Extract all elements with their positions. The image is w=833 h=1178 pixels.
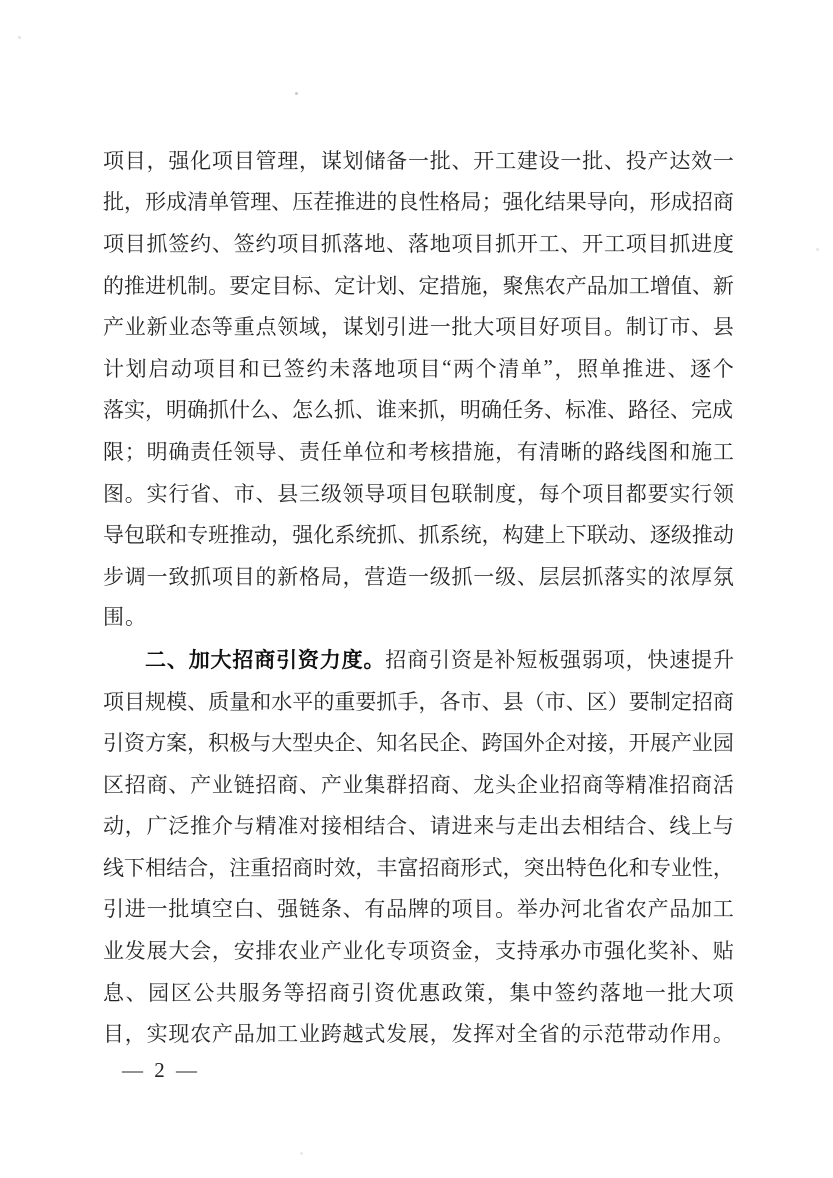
body-char: 园 bbox=[713, 727, 734, 757]
body-char: 务 bbox=[523, 394, 544, 424]
body-char: 抓 bbox=[376, 519, 397, 549]
body-char: 、 bbox=[670, 394, 691, 424]
body-char: 发 bbox=[125, 935, 146, 965]
body-char: 度 bbox=[713, 228, 734, 258]
body-char: 、 bbox=[452, 769, 473, 799]
body-char: 实 bbox=[669, 478, 690, 508]
heading-char: 度 bbox=[342, 644, 363, 674]
body-char: 对 bbox=[495, 1018, 516, 1048]
body-char: 惠 bbox=[419, 977, 440, 1007]
body-char: 规 bbox=[145, 686, 166, 716]
body-char: 、 bbox=[187, 686, 208, 716]
body-char: 的 bbox=[582, 436, 603, 466]
body-char: 进 bbox=[691, 228, 712, 258]
body-char: 产 bbox=[648, 145, 669, 175]
body-char: 级 bbox=[430, 561, 451, 591]
body-char: 导 bbox=[364, 478, 385, 508]
scan-speck bbox=[295, 92, 298, 95]
body-char: 富 bbox=[397, 852, 418, 882]
body-char: 化 bbox=[313, 519, 334, 549]
body-char: ， bbox=[418, 686, 439, 716]
body-char: 白 bbox=[234, 893, 255, 923]
body-char: 围 bbox=[103, 605, 125, 629]
body-char: 准 bbox=[586, 394, 607, 424]
body-char: 统 bbox=[355, 519, 376, 549]
body-char: 对 bbox=[299, 810, 320, 840]
paragraph-2-line: 引资方案，积极与大型央企、知名民企、跨国外企对接，开展产业园 bbox=[103, 721, 734, 763]
body-char: 龙 bbox=[473, 769, 494, 799]
body-char: 投 bbox=[626, 145, 647, 175]
body-char: 招 bbox=[692, 686, 713, 716]
body-char: 等 bbox=[284, 977, 305, 1007]
body-char: 任 bbox=[321, 436, 342, 466]
paragraph-1-line: 批，形成清单管理、压茬推进的良性格局；强化结果导向，形成招商 bbox=[103, 181, 734, 223]
body-char: 牌 bbox=[408, 893, 429, 923]
body-char: 一 bbox=[147, 561, 168, 591]
body-char: 加 bbox=[691, 893, 712, 923]
body-char: 动 bbox=[648, 1018, 669, 1048]
body-char: 批 bbox=[582, 145, 603, 175]
body-char: 特 bbox=[566, 852, 587, 882]
body-char: 目 bbox=[103, 1018, 124, 1048]
body-char: 氛 bbox=[713, 561, 734, 591]
body-char: 进 bbox=[145, 270, 166, 300]
body-char: 聚 bbox=[503, 270, 524, 300]
body-char: 工 bbox=[539, 228, 560, 258]
body-char: ， bbox=[299, 145, 320, 175]
body-char: ， bbox=[212, 935, 233, 965]
body-char: 央 bbox=[313, 727, 334, 757]
body-char: 领 bbox=[277, 311, 298, 341]
body-char: 形 bbox=[145, 186, 166, 216]
body-char: 位 bbox=[364, 436, 385, 466]
body-char: 省 bbox=[190, 478, 211, 508]
body-char: 开 bbox=[629, 727, 650, 757]
body-char: 强 bbox=[503, 186, 524, 216]
body-char: 农 bbox=[277, 935, 298, 965]
body-char: 理 bbox=[250, 186, 271, 216]
body-char: 区 bbox=[171, 977, 192, 1007]
body-char: 抓 bbox=[190, 561, 211, 591]
body-char: 签 bbox=[234, 228, 255, 258]
body-char: 制 bbox=[626, 311, 647, 341]
body-char: 推 bbox=[229, 519, 250, 549]
body-char: ， bbox=[125, 1018, 146, 1048]
paragraph-2-line: 业发展大会，安排农业产业化专项资金，支持承办市强化奖补、贴 bbox=[103, 929, 734, 971]
body-char: 弱 bbox=[582, 644, 603, 674]
body-char: 资 bbox=[374, 977, 395, 1007]
body-char: 动 bbox=[713, 519, 734, 549]
body-char: 市 bbox=[582, 935, 603, 965]
body-char: 抓 bbox=[452, 561, 473, 591]
body-char: 引 bbox=[103, 893, 124, 923]
body-char: 模 bbox=[166, 686, 187, 716]
body-char: 未 bbox=[329, 353, 350, 383]
body-char: 系 bbox=[440, 519, 461, 549]
body-char: 工 bbox=[277, 1018, 298, 1048]
body-char: 品 bbox=[587, 270, 608, 300]
body-char: 中 bbox=[532, 977, 553, 1007]
body-char: 填 bbox=[190, 893, 211, 923]
body-char: 进 bbox=[125, 893, 146, 923]
body-char: 形 bbox=[650, 186, 671, 216]
body-char: 业 bbox=[692, 727, 713, 757]
body-char: 管 bbox=[229, 186, 250, 216]
body-char: 联 bbox=[452, 478, 473, 508]
body-char: 优 bbox=[397, 977, 418, 1007]
body-char: 商 bbox=[329, 977, 350, 1007]
body-char: 怎 bbox=[292, 394, 313, 424]
body-char: 性 bbox=[692, 852, 713, 882]
body-char: 、 bbox=[271, 186, 292, 216]
body-char: 补 bbox=[669, 935, 690, 965]
body-char: 强 bbox=[560, 644, 581, 674]
body-char: 层 bbox=[539, 561, 560, 591]
body-char: 、 bbox=[212, 478, 233, 508]
body-char: 精 bbox=[626, 769, 647, 799]
body-char: 成 bbox=[166, 186, 187, 216]
body-char: 商 bbox=[582, 769, 603, 799]
body-char: 管 bbox=[255, 145, 276, 175]
body-char: ， bbox=[482, 270, 503, 300]
body-char: 、 bbox=[691, 311, 712, 341]
body-char: 突 bbox=[524, 852, 545, 882]
body-char: 线 bbox=[103, 852, 124, 882]
body-char: 引 bbox=[386, 311, 407, 341]
body-char: 招 bbox=[271, 852, 292, 882]
body-char: 导 bbox=[103, 519, 124, 549]
body-char: 图 bbox=[103, 478, 124, 508]
body-char: 新 bbox=[277, 561, 298, 591]
body-char: 走 bbox=[517, 810, 538, 840]
body-char: 相 bbox=[343, 810, 364, 840]
body-char: 项 bbox=[560, 311, 581, 341]
body-char: 划 bbox=[376, 270, 397, 300]
body-char: 引 bbox=[351, 977, 372, 1007]
body-char: 准 bbox=[648, 769, 669, 799]
body-char: 良 bbox=[397, 186, 418, 216]
body-char: 、 bbox=[607, 394, 628, 424]
body-char: 案 bbox=[166, 727, 187, 757]
body-char: 业 bbox=[168, 311, 189, 341]
body-char: 批 bbox=[667, 977, 688, 1007]
body-char: 服 bbox=[238, 977, 259, 1007]
body-char: 建 bbox=[517, 145, 538, 175]
body-char: 升 bbox=[713, 644, 734, 674]
body-char: 县 bbox=[503, 686, 524, 716]
body-char: 明 bbox=[166, 394, 187, 424]
body-char: 工 bbox=[713, 436, 734, 466]
body-char: ， bbox=[271, 519, 292, 549]
paragraph-2-line: 息、园区公共服务等招商引资优惠政策，集中签约落地一批大项 bbox=[103, 971, 734, 1013]
body-char: 责 bbox=[190, 436, 211, 466]
body-char: 越 bbox=[343, 1018, 364, 1048]
body-char: 行 bbox=[168, 478, 189, 508]
body-char: 专 bbox=[650, 852, 671, 882]
body-char: 抓 bbox=[582, 561, 603, 591]
body-char: 项 bbox=[277, 228, 298, 258]
body-char: 、 bbox=[648, 810, 669, 840]
body-char: 进 bbox=[452, 810, 473, 840]
body-char: 会 bbox=[190, 935, 211, 965]
body-char: 业 bbox=[299, 1018, 320, 1048]
body-char: 安 bbox=[234, 935, 255, 965]
body-char: 一 bbox=[430, 311, 451, 341]
body-char: 个 bbox=[476, 353, 497, 383]
heading-char: 加 bbox=[189, 644, 210, 674]
body-char: 、 bbox=[560, 228, 581, 258]
paragraph-2-line: 动，广泛推介与精准对接相结合、请进来与走出去相结合、线上与 bbox=[103, 805, 734, 847]
body-char: 抓 bbox=[321, 228, 342, 258]
body-char: 政 bbox=[442, 977, 463, 1007]
body-char: 、 bbox=[517, 561, 538, 591]
heading-char: 、 bbox=[167, 644, 188, 674]
body-char: 强 bbox=[168, 145, 189, 175]
body-char: 结 bbox=[604, 810, 625, 840]
body-char: 对 bbox=[566, 727, 587, 757]
body-char: 接 bbox=[321, 810, 342, 840]
body-char: 、 bbox=[668, 353, 689, 383]
body-char: 目 bbox=[420, 353, 441, 383]
body-char: 抓 bbox=[418, 394, 439, 424]
body-char: 目 bbox=[124, 686, 145, 716]
body-char: 、 bbox=[604, 145, 625, 175]
body-char: 要 bbox=[229, 270, 250, 300]
body-char: 么 bbox=[250, 394, 271, 424]
body-char: 重 bbox=[334, 686, 355, 716]
body-char: 批 bbox=[430, 145, 451, 175]
body-char: 点 bbox=[255, 311, 276, 341]
body-char: 性 bbox=[418, 186, 439, 216]
body-char: 成 bbox=[712, 394, 733, 424]
body-char: 项 bbox=[212, 145, 233, 175]
body-char: 市 bbox=[234, 478, 255, 508]
body-char: ， bbox=[187, 727, 208, 757]
paragraph-1-line: 项目抓签约、签约项目抓落地、落地项目抓开工、开工项目抓进度 bbox=[103, 222, 734, 264]
body-char: 区 bbox=[103, 769, 124, 799]
body-char: 、 bbox=[482, 686, 503, 716]
paragraph-1-line: 落实，明确抓什么、怎么抓、谁来抓，明确任务、标准、路径、完成时 bbox=[103, 389, 734, 431]
body-char: 限 bbox=[103, 436, 124, 466]
body-char: 单 bbox=[343, 436, 364, 466]
body-char: 机 bbox=[166, 270, 187, 300]
body-char: 级 bbox=[495, 561, 516, 591]
body-char: 新 bbox=[147, 311, 168, 341]
body-char: 大 bbox=[271, 727, 292, 757]
body-char: 合 bbox=[626, 810, 647, 840]
body-char: 时 bbox=[313, 852, 334, 882]
body-char: 已 bbox=[261, 353, 282, 383]
body-char: 带 bbox=[626, 1018, 647, 1048]
body-char: 商 bbox=[292, 852, 313, 882]
body-char: 目 bbox=[234, 145, 255, 175]
body-char: 去 bbox=[560, 810, 581, 840]
body-char: 要 bbox=[355, 686, 376, 716]
body-char: 务 bbox=[261, 977, 282, 1007]
body-char: 动 bbox=[250, 519, 271, 549]
paragraph-1-line: 限；明确责任领导、责任单位和考核措施，有清晰的路线图和施工 bbox=[103, 430, 734, 472]
body-char: 出 bbox=[539, 810, 560, 840]
body-char: 跨 bbox=[482, 727, 503, 757]
body-char: 发 bbox=[386, 1018, 407, 1048]
body-char: 推 bbox=[190, 810, 211, 840]
page-number: — 2 — bbox=[122, 1056, 200, 1084]
body-char: 链 bbox=[299, 893, 320, 923]
body-char: 增 bbox=[650, 270, 671, 300]
body-char: 措 bbox=[440, 270, 461, 300]
body-char: 业 bbox=[343, 935, 364, 965]
body-char: 办 bbox=[560, 935, 581, 965]
body-char: 出 bbox=[545, 852, 566, 882]
body-char: 范 bbox=[604, 1018, 625, 1048]
body-char: 化 bbox=[626, 935, 647, 965]
body-char: 定 bbox=[250, 270, 271, 300]
body-char: 产 bbox=[566, 270, 587, 300]
body-char: 目 bbox=[271, 270, 292, 300]
body-char: 谋 bbox=[321, 145, 342, 175]
body-char: 展 bbox=[147, 935, 168, 965]
body-char: 项 bbox=[397, 353, 418, 383]
body-char: 的 bbox=[376, 186, 397, 216]
body-char: 与 bbox=[234, 810, 255, 840]
body-char: 泛 bbox=[168, 810, 189, 840]
body-char: 照 bbox=[577, 353, 598, 383]
body-char: 产 bbox=[103, 311, 124, 341]
body-char: 市 bbox=[461, 686, 482, 716]
body-char: 抓 bbox=[495, 228, 516, 258]
body-char: 省 bbox=[604, 893, 625, 923]
body-char: 质 bbox=[208, 686, 229, 716]
body-char: 请 bbox=[430, 810, 451, 840]
body-char: 一 bbox=[408, 145, 429, 175]
body-char: 企 bbox=[440, 727, 461, 757]
body-char: 接 bbox=[587, 727, 608, 757]
body-char: 领 bbox=[713, 478, 734, 508]
body-char: 业 bbox=[671, 852, 692, 882]
body-char: 落 bbox=[600, 977, 621, 1007]
body-char: 结 bbox=[364, 810, 385, 840]
body-char: 两 bbox=[453, 353, 474, 383]
body-char: 进 bbox=[645, 353, 666, 383]
paragraph-2-line: 二、加大招商引资力度。招商引资是补短板强弱项，快速提升 bbox=[103, 638, 734, 680]
body-char: 明 bbox=[460, 394, 481, 424]
body-char: 考 bbox=[408, 436, 429, 466]
body-char: 。 bbox=[604, 311, 625, 341]
paragraph-2-line: 目，实现农产品加工业跨越式发展，发挥对全省的示范带动作用。 bbox=[103, 1012, 734, 1054]
body-char: 跨 bbox=[321, 1018, 342, 1048]
heading-char: 招 bbox=[232, 644, 253, 674]
body-char: 强 bbox=[604, 935, 625, 965]
body-char: 等 bbox=[604, 769, 625, 799]
paragraph-1-line: 围。 bbox=[103, 597, 734, 639]
body-char: 合 bbox=[386, 810, 407, 840]
body-char: 型 bbox=[292, 727, 313, 757]
body-char: 活 bbox=[713, 769, 734, 799]
body-char: 下 bbox=[566, 519, 587, 549]
body-char: 措 bbox=[452, 436, 473, 466]
body-char: 逐 bbox=[690, 353, 711, 383]
body-char: 划 bbox=[343, 145, 364, 175]
body-char: ； bbox=[125, 436, 146, 466]
body-char: 。 bbox=[125, 478, 146, 508]
body-char: 导 bbox=[255, 436, 276, 466]
body-char: 包 bbox=[430, 478, 451, 508]
body-char: 三 bbox=[299, 478, 320, 508]
body-char: 项 bbox=[103, 228, 124, 258]
body-char: 一 bbox=[408, 561, 429, 591]
body-char: 备 bbox=[386, 145, 407, 175]
body-char: 新 bbox=[713, 270, 734, 300]
body-char: 、 bbox=[313, 270, 334, 300]
body-char: 农 bbox=[190, 1018, 211, 1048]
body-char: 产 bbox=[671, 727, 692, 757]
body-char: 品 bbox=[234, 1018, 255, 1048]
body-char: 单 bbox=[208, 186, 229, 216]
body-char: 项 bbox=[452, 228, 473, 258]
body-char: 方 bbox=[145, 727, 166, 757]
body-char: ； bbox=[482, 186, 503, 216]
body-char: 。 bbox=[495, 893, 516, 923]
body-char: 动 bbox=[171, 353, 192, 383]
body-char: 启 bbox=[148, 353, 169, 383]
body-char: 承 bbox=[539, 935, 560, 965]
body-char: ， bbox=[487, 977, 508, 1007]
body-char: 抓 bbox=[376, 686, 397, 716]
body-char: 领 bbox=[343, 478, 364, 508]
body-char: 招 bbox=[306, 977, 327, 1007]
body-char: 清 bbox=[539, 436, 560, 466]
body-char: 外 bbox=[524, 727, 545, 757]
body-char: 示 bbox=[582, 1018, 603, 1048]
body-char: 产 bbox=[648, 893, 669, 923]
body-char: 级 bbox=[321, 478, 342, 508]
body-char: 上 bbox=[691, 810, 712, 840]
body-char: 目 bbox=[517, 311, 538, 341]
body-char: 。 bbox=[208, 270, 229, 300]
body-char: 商 bbox=[691, 769, 712, 799]
body-char: 民 bbox=[418, 727, 439, 757]
body-char: 业 bbox=[212, 769, 233, 799]
body-char: 任 bbox=[502, 394, 523, 424]
body-char: 发 bbox=[452, 1018, 473, 1048]
body-char: 要 bbox=[629, 686, 650, 716]
body-char: ” bbox=[544, 355, 553, 380]
body-char: 单 bbox=[600, 353, 621, 383]
body-char: 施 bbox=[461, 270, 482, 300]
body-char: 业 bbox=[539, 769, 560, 799]
body-char: 业 bbox=[299, 935, 320, 965]
body-char: 致 bbox=[168, 561, 189, 591]
body-char: 板 bbox=[538, 644, 559, 674]
body-char: 排 bbox=[255, 935, 276, 965]
body-char: 推 bbox=[334, 186, 355, 216]
body-char: 目 bbox=[408, 478, 429, 508]
body-char: ， bbox=[495, 436, 516, 466]
body-char: 式 bbox=[364, 1018, 385, 1048]
body-char: 效 bbox=[334, 852, 355, 882]
body-char: 、 bbox=[255, 893, 276, 923]
body-char: 达 bbox=[669, 145, 690, 175]
body-char: 约 bbox=[306, 353, 327, 383]
body-char: 空 bbox=[212, 893, 233, 923]
scan-speck bbox=[816, 248, 819, 251]
body-char: 开 bbox=[517, 228, 538, 258]
paragraph-1-line: 计划启动项目和已签约未落地项目“两个清单”，照单推进、逐个 bbox=[103, 347, 734, 389]
body-char: 浓 bbox=[669, 561, 690, 591]
paragraph-2-line: 项目规模、质量和水平的重要抓手，各市、县（市、区）要制定招商 bbox=[103, 680, 734, 722]
body-char: 约 bbox=[190, 228, 211, 258]
body-char: 引 bbox=[103, 727, 124, 757]
